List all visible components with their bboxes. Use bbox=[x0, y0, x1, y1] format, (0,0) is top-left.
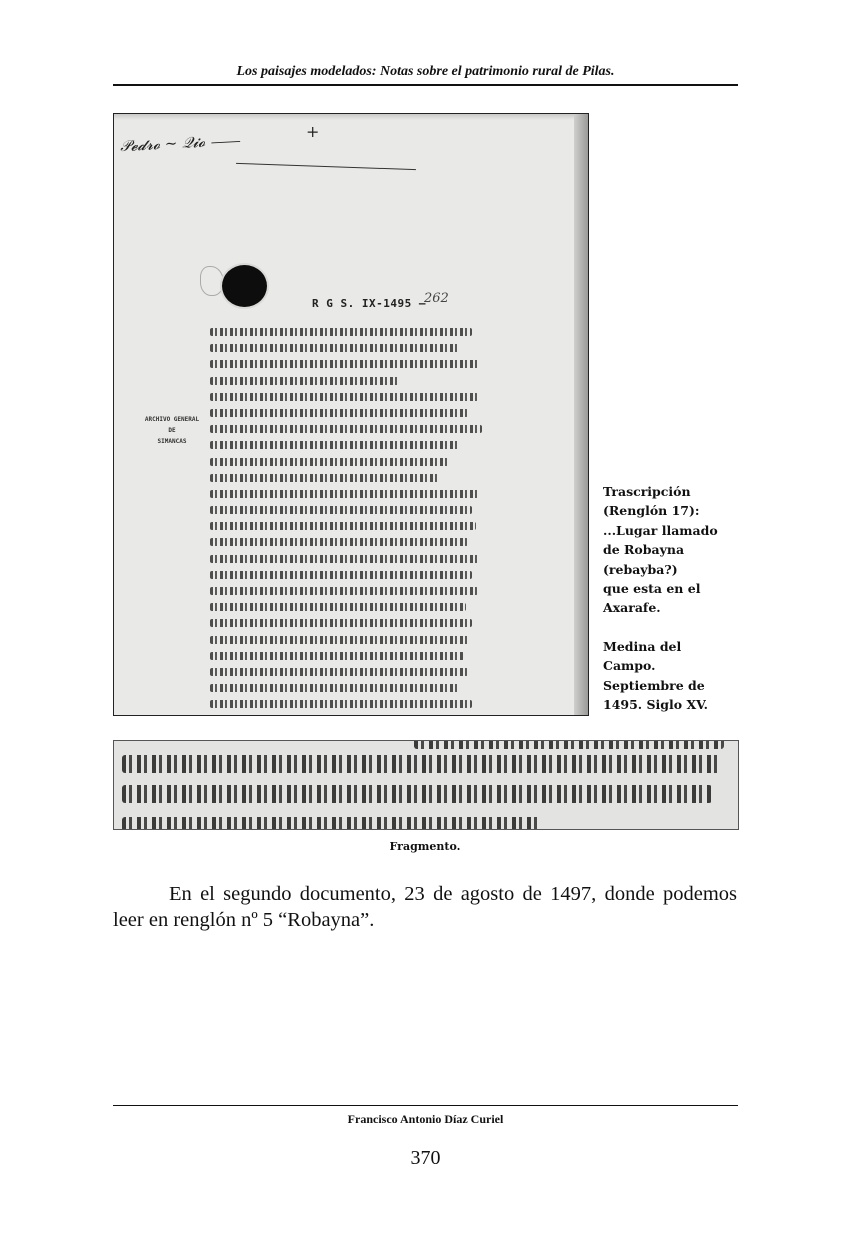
script-stroke bbox=[210, 441, 460, 449]
transcription-caption: Trascripción (Renglón 17): ...Lugar llam… bbox=[603, 482, 743, 714]
body-paragraph: En el segundo documento, 23 de agosto de… bbox=[113, 881, 737, 933]
script-stroke bbox=[210, 652, 464, 660]
handwritten-line bbox=[210, 518, 486, 534]
handwritten-line bbox=[210, 696, 486, 712]
handwritten-line bbox=[210, 599, 486, 615]
handwritten-line bbox=[210, 648, 486, 664]
script-stroke bbox=[210, 571, 472, 579]
handwritten-line bbox=[210, 534, 486, 550]
script-stroke bbox=[210, 425, 482, 433]
script-stroke bbox=[210, 684, 460, 692]
script-stroke bbox=[122, 817, 542, 830]
caption-line: Trascripción bbox=[603, 482, 743, 501]
paper-shadow bbox=[114, 114, 588, 120]
script-stroke bbox=[210, 328, 472, 336]
stamp-line: DE bbox=[136, 425, 208, 436]
caption-line: Septiembre de bbox=[603, 676, 743, 695]
handwritten-line bbox=[210, 437, 486, 453]
fragment-caption: Fragmento. bbox=[113, 840, 737, 853]
handwritten-line bbox=[210, 356, 486, 372]
script-stroke bbox=[414, 740, 724, 749]
archive-stamp: ARCHIVO GENERAL DE SIMANCAS bbox=[136, 414, 208, 447]
handwritten-line bbox=[210, 632, 486, 648]
script-stroke bbox=[210, 587, 478, 595]
handwritten-text-block bbox=[210, 324, 486, 716]
script-stroke bbox=[210, 506, 472, 514]
handwritten-line bbox=[210, 470, 486, 486]
manuscript-image: 𝒫𝓮𝓭𝓻𝓸 ~ 𝒬𝓲𝓸 ⸺ + R G S. IX-1495 — 262 ARC… bbox=[113, 113, 589, 716]
wax-seal bbox=[222, 265, 267, 307]
handwritten-line bbox=[210, 405, 486, 421]
script-stroke bbox=[210, 344, 460, 352]
page-number: 370 bbox=[113, 1147, 738, 1170]
fragment-image bbox=[113, 740, 739, 830]
handwritten-line bbox=[210, 324, 486, 340]
handwritten-line bbox=[210, 373, 486, 389]
seal-outline bbox=[200, 266, 224, 296]
script-stroke bbox=[210, 490, 480, 498]
archive-reference-number: 262 bbox=[424, 291, 449, 306]
handwritten-line bbox=[210, 486, 486, 502]
script-stroke bbox=[210, 409, 468, 417]
signature-scrawl: 𝒫𝓮𝓭𝓻𝓸 ~ 𝒬𝓲𝓸 ⸺ bbox=[120, 131, 241, 155]
footer-rule bbox=[113, 1105, 738, 1106]
script-stroke bbox=[210, 393, 478, 401]
script-stroke bbox=[210, 522, 476, 530]
caption-line: que esta en el bbox=[603, 579, 743, 598]
handwritten-line bbox=[210, 340, 486, 356]
caption-line: Axarafe. bbox=[603, 598, 743, 617]
script-stroke bbox=[210, 619, 472, 627]
handwritten-line bbox=[210, 680, 486, 696]
stamp-line: ARCHIVO GENERAL bbox=[136, 414, 208, 425]
paper-edge bbox=[574, 114, 588, 715]
script-stroke bbox=[210, 458, 450, 466]
handwritten-line bbox=[210, 583, 486, 599]
handwritten-line bbox=[210, 664, 486, 680]
caption-line: de Robayna bbox=[603, 540, 743, 559]
archive-reference: R G S. IX-1495 — bbox=[312, 297, 426, 310]
caption-line: Medina del bbox=[603, 637, 743, 656]
caption-line: (rebayba?) bbox=[603, 560, 743, 579]
caption-line: 1495. Siglo XV. bbox=[603, 695, 743, 714]
stamp-line: SIMANCAS bbox=[136, 436, 208, 447]
handwritten-line bbox=[210, 389, 486, 405]
handwritten-line bbox=[210, 502, 486, 518]
body-text: En el segundo documento, 23 de agosto de… bbox=[113, 881, 737, 933]
handwritten-line bbox=[210, 551, 486, 567]
script-stroke bbox=[210, 555, 480, 563]
handwritten-line bbox=[210, 713, 486, 717]
cross-mark: + bbox=[306, 122, 319, 141]
caption-line: Campo. bbox=[603, 656, 743, 675]
script-stroke bbox=[210, 603, 466, 611]
footer-author: Francisco Antonio Díaz Curiel bbox=[113, 1112, 738, 1127]
script-stroke bbox=[210, 668, 468, 676]
script-stroke bbox=[122, 785, 712, 803]
script-stroke bbox=[210, 474, 440, 482]
caption-line: ...Lugar llamado bbox=[603, 521, 743, 540]
header-rule bbox=[113, 84, 738, 86]
script-stroke bbox=[210, 700, 472, 708]
script-stroke bbox=[210, 377, 400, 385]
signature-line bbox=[236, 163, 416, 170]
script-stroke bbox=[210, 360, 480, 368]
handwritten-line bbox=[210, 421, 486, 437]
handwritten-line bbox=[210, 567, 486, 583]
script-stroke bbox=[122, 755, 722, 773]
handwritten-line bbox=[210, 615, 486, 631]
running-header: Los paisajes modelados: Notas sobre el p… bbox=[113, 64, 738, 80]
script-stroke bbox=[210, 538, 468, 546]
handwritten-line bbox=[210, 454, 486, 470]
caption-line: (Renglón 17): bbox=[603, 501, 743, 520]
script-stroke bbox=[210, 636, 470, 644]
